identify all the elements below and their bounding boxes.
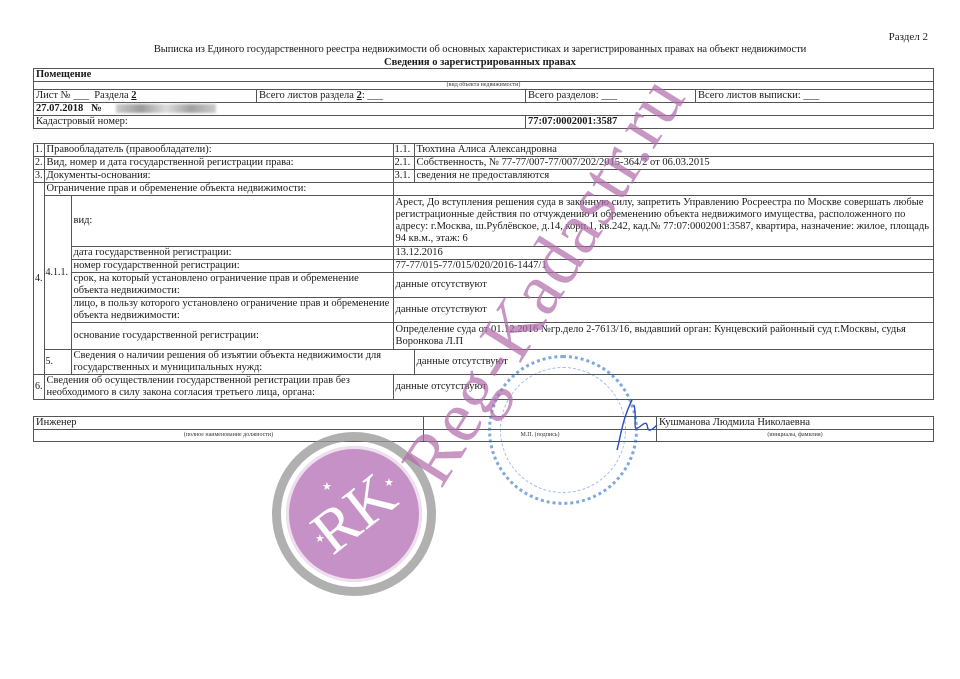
document-subtitle: Сведения о зарегистрированных правах [0,57,960,68]
row-number: 2. [34,157,45,170]
empty-cell [393,183,934,196]
row-value: данные отсутствуют [393,273,934,298]
star-icon: ★ [315,532,325,545]
table-row: 1. Правообладатель (правообладатели): 1.… [34,144,934,157]
cadastral-value: 77:07:0002001:3587 [526,116,934,129]
object-type: Помещение [34,69,934,82]
row-label: Правообладатель (правообладатели): [44,144,393,157]
star-icon: ★ [322,480,332,493]
row-label: Документы-основания: [44,170,393,183]
row-subnumber: 3.1. [393,170,414,183]
row-label: лицо, в пользу которого установлено огра… [71,298,393,323]
row-number: 6. [34,375,45,400]
row-label: основание государственной регистрации: [71,323,393,350]
total-section-sheets-suffix: : ___ [362,90,383,101]
star-icon: ★ [384,476,394,489]
section-prefix: Раздела [94,90,128,101]
table-row: 4.1.1. вид: Арест, До вступления решения… [34,196,934,247]
row-value: Собственность, № 77-77/007-77/007/202/20… [414,157,934,170]
row-label: номер государственной регистрации: [71,260,393,273]
table-row: 4. Ограничение прав и обременение объект… [34,183,934,196]
object-info-table: Помещение (вид объекта недвижимости) Лис… [33,68,934,129]
encumbrance-subnumber: 4.1.1. [44,196,71,350]
sheet-value: ___ [73,90,89,101]
date-number-cell: 27.07.2018 № [34,103,934,116]
table-row: номер государственной регистрации: 77-77… [34,260,934,273]
table-row: 2. Вид, номер и дата государственной рег… [34,157,934,170]
document-title: Выписка из Единого государственного реес… [0,44,960,55]
signer-caption: (инициалы, фамилия) [657,430,934,442]
row-label: вид: [71,196,393,247]
total-extract-sheets-value: ___ [803,90,819,101]
row-subnumber: 1.1. [393,144,414,157]
row-value: Арест, До вступления решения суда в зако… [393,196,934,247]
sheet-label: Лист № [36,90,71,101]
encumbrance-heading: Ограничение прав и обременение объекта н… [44,183,393,196]
total-section-sheets-cell: Всего листов раздела 2: ___ [257,90,526,103]
cadastral-label: Кадастровый номер: [34,116,526,129]
encumbrance-number: 4. [34,183,45,375]
row-number: 3. [34,170,45,183]
table-row: срок, на который установлено ограничение… [34,273,934,298]
row-label: Сведения об осуществлении государственно… [44,375,393,400]
object-type-caption: (вид объекта недвижимости) [34,82,934,90]
row-label: Сведения о наличии решения об изъятии об… [71,350,414,375]
section-value: 2 [131,90,136,101]
row-label: Вид, номер и дата государственной регист… [44,157,393,170]
total-section-sheets-label: Всего листов раздела [259,90,354,101]
row-label: срок, на который установлено ограничение… [71,273,393,298]
redacted-number [116,104,216,113]
row-number: 5. [44,350,71,375]
total-sections-label: Всего разделов: [528,90,599,101]
signature-icon [612,395,662,455]
table-row: дата государственной регистрации: 13.12.… [34,247,934,260]
signer-name: Кушманова Людмила Николаевна [657,417,934,430]
sheet-number-cell: Лист № ___ Раздела 2 [34,90,257,103]
row-value: 77-77/015-77/015/020/2016-1447/1 [393,260,934,273]
section-label: Раздел 2 [889,31,928,43]
table-row: 3. Документы-основания: 3.1. сведения не… [34,170,934,183]
row-value: сведения не предоставляются [414,170,934,183]
row-value: 13.12.2016 [393,247,934,260]
total-extract-sheets-cell: Всего листов выписки: ___ [696,90,934,103]
row-label: дата государственной регистрации: [71,247,393,260]
row-number: 1. [34,144,45,157]
extract-number-label: № [91,103,102,114]
row-subnumber: 2.1. [393,157,414,170]
total-extract-sheets-label: Всего листов выписки: [698,90,801,101]
extract-date: 27.07.2018 [36,103,83,114]
